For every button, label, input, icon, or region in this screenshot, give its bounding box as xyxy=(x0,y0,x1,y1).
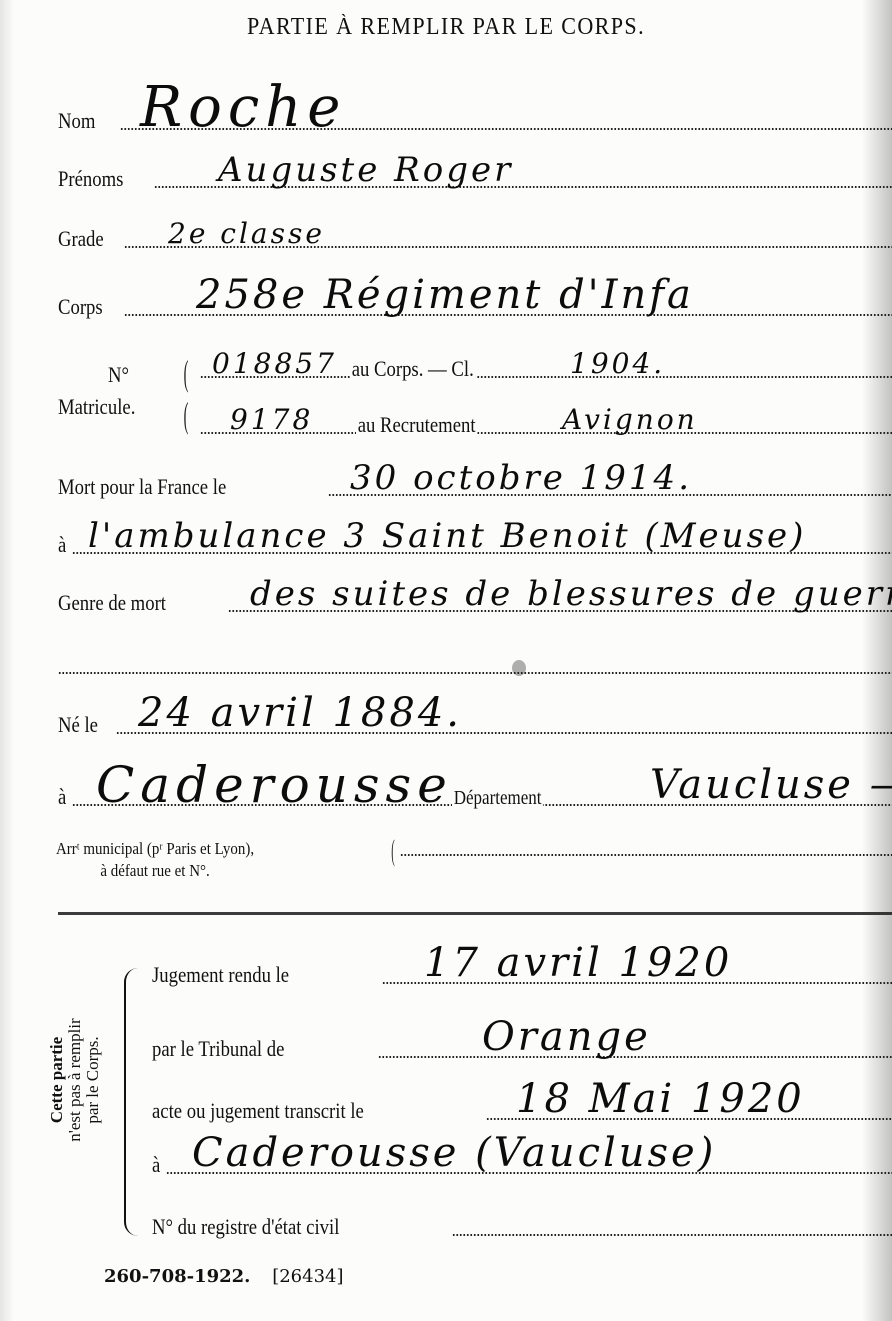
arrondissement-label: Arrᵗ municipal (pʳ Paris et Lyon), à déf… xyxy=(56,838,254,882)
print-footer: 260-708-1922. [26434] xyxy=(104,1266,344,1287)
transcrit-label: acte ou jugement transcrit le xyxy=(152,1098,366,1124)
genre-mort-label: Genre de mort xyxy=(58,590,168,616)
field-arrondissement xyxy=(400,818,892,858)
blank-line xyxy=(58,640,892,680)
field-transcrit: acte ou jugement transcrit le 18 Mai 192… xyxy=(152,1086,892,1126)
genre-mort-value: des suites de blessures de guerre. xyxy=(250,574,892,614)
mort-lieu-label: à xyxy=(58,532,68,558)
classe-value: 1904. xyxy=(570,347,665,380)
mort-date-label: Mort pour la France le xyxy=(58,474,228,500)
field-matricule-recrutement: 9178 au Recrutement Avignon xyxy=(200,400,892,440)
tribunal-value: Orange xyxy=(482,1014,651,1060)
paper-edge-left xyxy=(0,0,14,1321)
departement-label: Département xyxy=(452,787,543,810)
au-corps-label: au Corps. — Cl. xyxy=(350,356,475,382)
field-nom: Nom Roche xyxy=(58,92,892,136)
naissance-lieu-value: Caderousse xyxy=(96,756,453,814)
field-mort-date: Mort pour la France le 30 octobre 1914. xyxy=(58,462,892,502)
field-matricule-corps: 018857 au Corps. — Cl. 1904. xyxy=(200,344,892,384)
matricule-corps-value: 018857 xyxy=(212,347,337,380)
prenoms-value: Auguste Roger xyxy=(218,150,513,190)
matricule-brace-top: ( xyxy=(184,352,189,394)
field-registre: N° du registre d'état civil xyxy=(152,1202,892,1242)
matricule-recrutement-value: 9178 xyxy=(230,403,313,436)
grade-value: 2e classe xyxy=(168,217,325,250)
field-corps: Corps 258e Régiment d'Infa xyxy=(58,274,892,322)
grade-label: Grade xyxy=(58,226,105,252)
nom-value: Roche xyxy=(140,75,346,140)
lower-brace xyxy=(124,968,140,1236)
field-transcrit-lieu: à Caderousse (Vaucluse) xyxy=(152,1140,892,1180)
print-code: 260-708-1922. xyxy=(104,1266,250,1287)
field-prenoms: Prénoms Auguste Roger xyxy=(58,154,892,194)
side-note: Cette partie n'est pas à remplir par le … xyxy=(48,960,102,1200)
matricule-brace-bottom: ( xyxy=(184,394,189,436)
prenoms-label: Prénoms xyxy=(58,166,125,192)
naissance-lieu-label: à xyxy=(58,784,68,810)
field-naissance-lieu: à Caderousse Département Vaucluse — xyxy=(58,764,892,812)
field-grade: Grade 2e classe xyxy=(58,214,892,254)
field-jugement-rendu: Jugement rendu le 17 avril 1920 xyxy=(152,950,892,990)
corps-label: Corps xyxy=(58,294,104,320)
matricule-label: Matricule. xyxy=(58,394,135,420)
section-divider xyxy=(58,912,892,915)
form-header: PARTIE À REMPLIR PAR LE CORPS. xyxy=(36,14,857,41)
nom-label: Nom xyxy=(58,108,97,134)
field-tribunal: par le Tribunal de Orange xyxy=(152,1024,892,1064)
matricule-label-no: N° xyxy=(108,362,129,388)
mort-date-value: 30 octobre 1914. xyxy=(350,458,692,498)
jugement-rendu-label: Jugement rendu le xyxy=(152,962,291,988)
departement-value: Vaucluse — xyxy=(650,762,892,808)
transcrit-lieu-value: Caderousse (Vaucluse) xyxy=(192,1130,716,1176)
field-naissance-date: Né le 24 avril 1884. xyxy=(58,700,892,740)
arrondissement-brace: ( xyxy=(391,834,395,868)
naissance-date-value: 24 avril 1884. xyxy=(138,690,462,736)
registre-label: N° du registre d'état civil xyxy=(152,1214,341,1240)
field-mort-lieu: à l'ambulance 3 Saint Benoit (Meuse) xyxy=(58,520,892,560)
naissance-date-label: Né le xyxy=(58,712,100,738)
transcrit-value: 18 Mai 1920 xyxy=(516,1076,805,1122)
tribunal-label: par le Tribunal de xyxy=(152,1036,286,1062)
jugement-rendu-value: 17 avril 1920 xyxy=(424,940,732,986)
transcrit-lieu-label: à xyxy=(152,1152,162,1178)
au-recrutement-label: au Recrutement xyxy=(356,412,477,438)
recrutement-place-value: Avignon xyxy=(562,403,698,436)
mort-lieu-value: l'ambulance 3 Saint Benoit (Meuse) xyxy=(88,516,806,556)
print-reference: [26434] xyxy=(272,1266,343,1287)
corps-value: 258e Régiment d'Infa xyxy=(196,272,694,318)
field-genre-mort: Genre de mort des suites de blessures de… xyxy=(58,578,892,618)
